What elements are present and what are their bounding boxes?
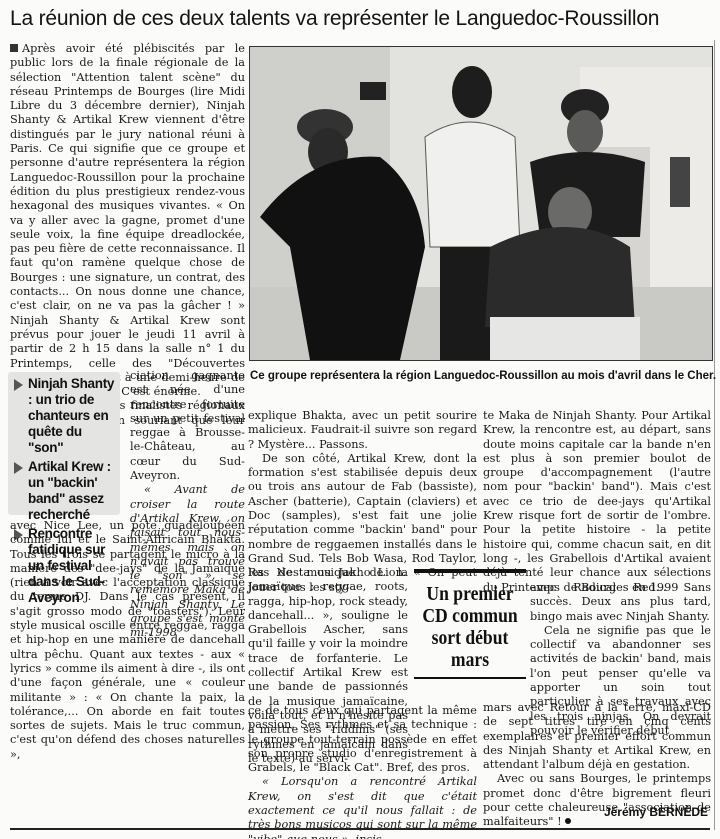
triangle-arrow-icon — [14, 462, 23, 474]
paragraph: avec Nice Lee, un pote guadeloupéen comm… — [10, 519, 245, 762]
sidebar-item: Artikal Krew : un "backin' band" assez r… — [8, 459, 120, 523]
paragraph: ce de tous ceux qui partagent la même pa… — [248, 704, 477, 775]
pull-quote-rule — [414, 677, 526, 679]
column-2-bottom: ce de tous ceux qui partagent la même pa… — [248, 704, 477, 839]
byline: Jérémy BERNÈDE — [598, 805, 708, 819]
bottom-rule — [10, 828, 710, 830]
triangle-arrow-icon — [14, 379, 23, 391]
column-1-bottom: avec Nice Lee, un pote guadeloupéen comm… — [10, 519, 245, 762]
column-rule — [714, 40, 715, 830]
paragraph: mars avec Retour à la terre, maxi-CD de … — [483, 701, 711, 772]
lead-paragraph: Après avoir été plébiscités par le publi… — [10, 42, 245, 398]
sidebar-highlights: Ninjah Shanty : un trio de chanteurs en … — [8, 372, 120, 515]
paragraph-square-icon — [10, 44, 18, 52]
band-photo — [249, 46, 713, 361]
paragraph: ciation gagnante est née d'une rencontre… — [130, 369, 245, 483]
photo-caption: Ce groupe représentera la région Langued… — [250, 370, 715, 382]
sidebar-item: Ninjah Shanty : un trio de chanteurs en … — [8, 376, 120, 456]
headline: La réunion de ces deux talents va représ… — [10, 6, 710, 32]
paragraph: explique Bhakta, avec un petit sourire m… — [248, 409, 477, 452]
paragraph: te Maka de Ninjah Shanty. Pour Artikal K… — [483, 409, 711, 595]
pull-quote-text: Un premier CD commun sort début mars — [419, 583, 521, 671]
end-bullet-icon — [565, 818, 571, 824]
column-3-top: te Maka de Ninjah Shanty. Pour Artikal K… — [483, 409, 711, 595]
photo-illustration — [250, 47, 712, 360]
paragraph: avec Radical Red... Sans succès. Deux an… — [530, 581, 711, 624]
paragraph: Avec ou sans Bourges, le printemps prome… — [483, 772, 711, 828]
